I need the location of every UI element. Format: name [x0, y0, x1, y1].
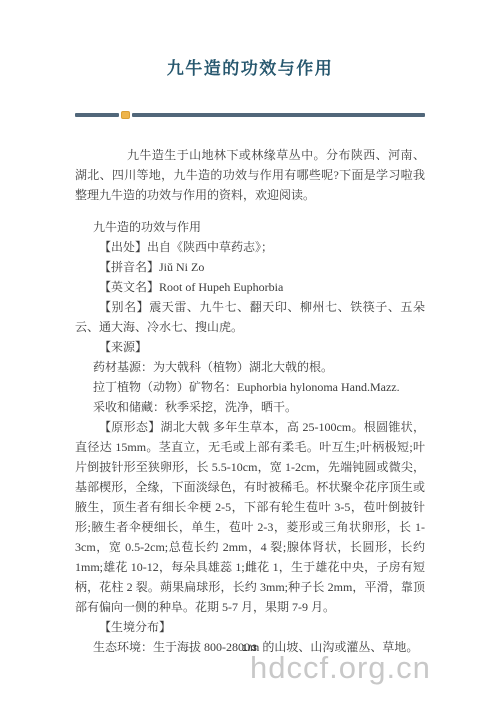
entry-latin-name: 拉丁植物（动物）矿物名：Euphorbia hylonoma Hand.Mazz…: [75, 377, 425, 397]
entry-habitat-label: 【生境分布】: [75, 617, 425, 637]
document-body: 九牛造生于山地林下或林缘草丛中。分布陕西、河南、湖北、四川等地，九牛造的功效与作…: [75, 145, 425, 657]
entry-alias: 【别名】震天雷、九牛七、翻天印、柳州七、铁筷子、五朵云、通大海、冷水七、搜山虎。: [75, 297, 425, 337]
section-heading: 九牛造的功效与作用: [75, 217, 425, 237]
entry-origin-label: 【来源】: [75, 337, 425, 357]
divider-line-right: [132, 113, 425, 117]
title-divider: [75, 111, 425, 119]
entry-english-name: 【英文名】Root of Hupeh Euphorbia: [75, 277, 425, 297]
divider-accent-square: [121, 111, 130, 119]
entry-material-base: 药材基源：为大戟科（植物）湖北大戟的根。: [75, 357, 425, 377]
intro-paragraph: 九牛造生于山地林下或林缘草丛中。分布陕西、河南、湖北、四川等地，九牛造的功效与作…: [75, 145, 425, 205]
entry-morphology: 【原形态】湖北大戟 多年生草本，高 25-100cm。根圆锥状，直径达 15mm…: [75, 417, 425, 617]
document-page: 九牛造的功效与作用 九牛造生于山地林下或林缘草丛中。分布陕西、河南、湖北、四川等…: [0, 0, 500, 707]
entry-harvest-storage: 采收和储藏：秋季采挖，洗净，晒干。: [75, 397, 425, 417]
watermark: hdccf.org.cn: [250, 650, 431, 686]
entry-source-citation: 【出处】出自《陕西中草药志》；: [75, 237, 425, 257]
page-title: 九牛造的功效与作用: [0, 54, 500, 79]
divider-line-left: [75, 113, 119, 117]
entry-pinyin-name: 【拼音名】Jiǔ Ni Zo: [75, 257, 425, 277]
